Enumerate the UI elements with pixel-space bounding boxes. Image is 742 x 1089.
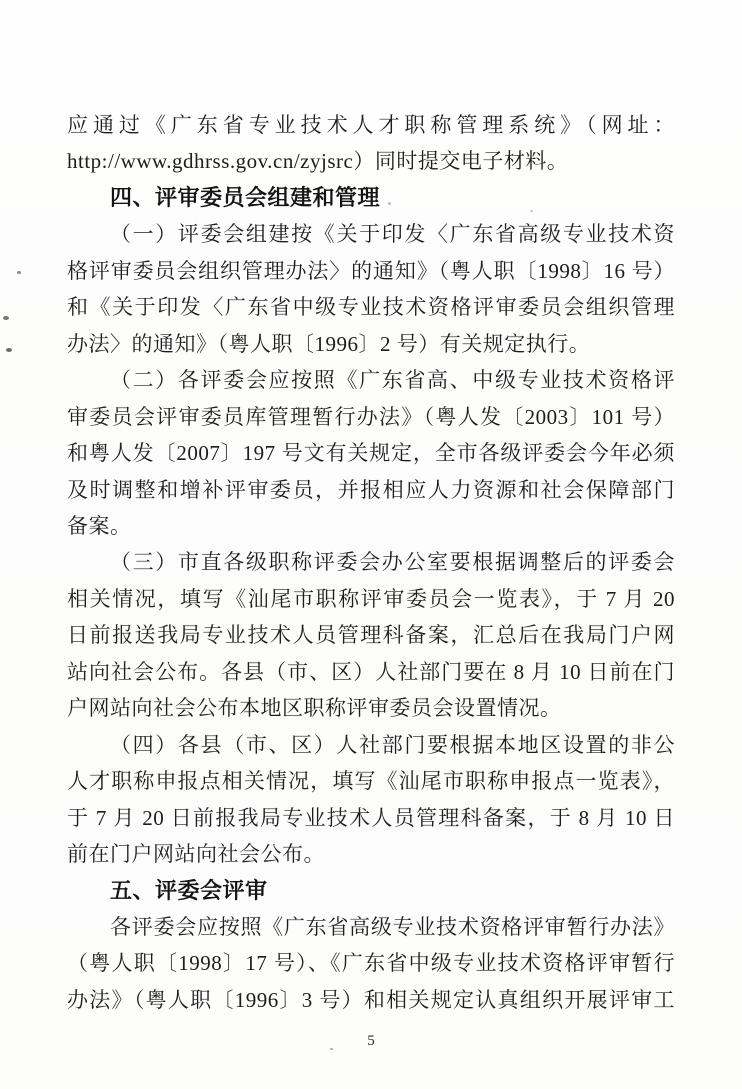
text-line: 人才职称申报点相关情况，填写《汕尾市职称申报点一览表》， (67, 763, 675, 799)
text-line: （四）各县（市、区）人社部门要根据本地区设置的非公 (67, 727, 675, 763)
text-line: 办法〉的通知》（粤人职〔1996〕2 号）有关规定执行。 (67, 326, 675, 362)
text-line: 相关情况，填写《汕尾市职称评审委员会一览表》，于 7 月 20 (67, 581, 675, 617)
text-line: 各评委会应按照《广东省高级专业技术资格评审暂行办法》 (67, 909, 675, 945)
text-line: 日前报送我局专业技术人员管理科备案，汇总后在我局门户网 (67, 617, 675, 653)
page-number: 5 (0, 1033, 742, 1050)
text-line: 前在门户网站向社会公布。 (67, 836, 675, 872)
text-line: 及时调整和增补评审委员，并报相应人力资源和社会保障部门 (67, 472, 675, 508)
text-line: 审委员会评审委员库管理暂行办法》（粤人发〔2003〕101 号） (67, 399, 675, 435)
document-body: 应通过《广东省专业技术人才职称管理系统》（网址：http://www.gdhrs… (67, 107, 675, 1018)
section-heading: 五、评委会评审 (67, 873, 675, 909)
text-line: http://www.gdhrss.gov.cn/zyjsrc）同时提交电子材料… (67, 143, 675, 179)
text-line: （一）评委会组建按《关于印发〈广东省高级专业技术资 (67, 216, 675, 252)
text-line: （三）市直各级职称评委会办公室要根据调整后的评委会 (67, 544, 675, 580)
text-line: 格评审委员会组织管理办法〉的通知》（粤人职〔1998〕16 号） (67, 253, 675, 289)
text-line: 于 7 月 20 日前报我局专业技术人员管理科备案，于 8 月 10 日 (67, 800, 675, 836)
scan-speckle (6, 348, 12, 352)
scan-speckle (3, 316, 9, 320)
text-line: 站向社会公布。各县（市、区）人社部门要在 8 月 10 日前在门 (67, 654, 675, 690)
text-line: 户网站向社会公布本地区职称评审委员会设置情况。 (67, 690, 675, 726)
text-line: 和《关于印发〈广东省中级专业技术资格评审委员会组织管理 (67, 289, 675, 325)
section-heading: 四、评审委员会组建和管理 (67, 180, 675, 216)
text-line: 和粤人发〔2007〕197 号文有关规定，全市各级评委会今年必须 (67, 435, 675, 471)
scanned-document-page: 应通过《广东省专业技术人才职称管理系统》（网址：http://www.gdhrs… (0, 0, 742, 1089)
text-line: 备案。 (67, 508, 675, 544)
text-line: （粤人职〔1998〕17 号）、《广东省中级专业技术资格评审暂行 (67, 945, 675, 981)
text-line: 应通过《广东省专业技术人才职称管理系统》（网址： (67, 107, 675, 143)
scan-speckle (17, 271, 21, 274)
text-line: 办法》（粤人职〔1996〕3 号）和相关规定认真组织开展评审工 (67, 982, 675, 1018)
text-line: （二）各评委会应按照《广东省高、中级专业技术资格评 (67, 362, 675, 398)
